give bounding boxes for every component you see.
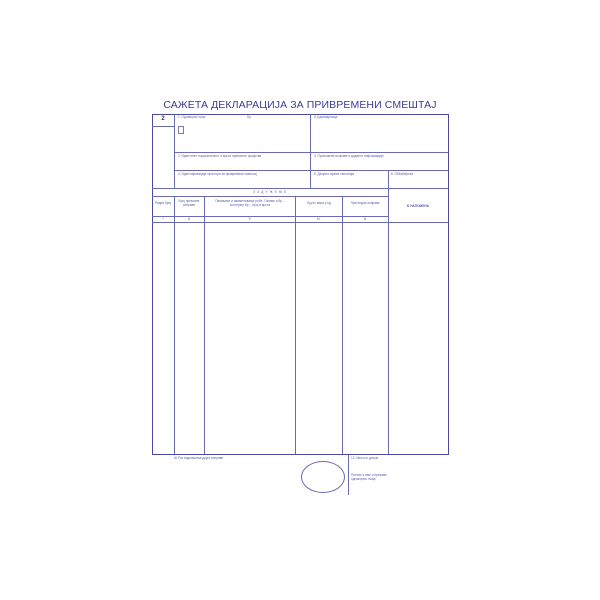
field-responsible-person: 1. Одговорно лице	[178, 116, 206, 120]
frame-right	[448, 114, 449, 454]
column-header-previous-doc: Претходна исправа	[346, 201, 384, 205]
mid-divider	[310, 114, 311, 188]
responsible-person-checkbox[interactable]	[178, 126, 184, 134]
frame-left	[152, 114, 153, 454]
column-header-serial: Редни број	[152, 201, 174, 205]
col-divider-3	[295, 196, 296, 454]
field-attached-documents: 3. Приложене исправе и додатне информаци…	[314, 155, 384, 159]
col-divider-4	[342, 196, 343, 454]
field-approval: 6. Обезбеђење	[391, 173, 413, 177]
row2-divider	[174, 170, 448, 171]
row1-divider	[174, 152, 448, 153]
section-heading: З А Д У Ж Е Њ Е	[152, 190, 388, 194]
form-title: САЖЕТА ДЕКЛАРАЦИЈА ЗА ПРИВРЕМЕНИ СМЕШТАЈ	[150, 99, 450, 111]
column-number-11: 11	[342, 217, 388, 221]
remarks-divider	[388, 170, 389, 454]
remarks-label: Б НАПОМЕНА	[388, 204, 448, 208]
column-header-transport-doc: Број превозне исправе	[176, 199, 202, 207]
column-number-8: 8	[174, 217, 204, 221]
place-and-date: 12. Место и датум	[351, 457, 378, 461]
form-number: 2	[152, 116, 174, 122]
column-number-divider	[152, 222, 448, 223]
column-number-7: 7	[152, 217, 174, 221]
frame-bottom	[152, 454, 449, 455]
column-header-gross-mass: Бруто маса у kg	[300, 201, 338, 205]
signature-divider	[348, 455, 349, 495]
col-divider-1	[174, 196, 175, 454]
left-column-divider	[174, 114, 175, 188]
other-documents-deadline: Ш Рок подношења друге исправе	[174, 457, 223, 461]
field-transport-identity: 2. Идентитет, националност и врста прево…	[178, 155, 261, 159]
signature-label: Потпис и име и презиме одговорног лица	[351, 474, 397, 482]
heading-divider	[152, 196, 388, 197]
stamp-placeholder	[301, 461, 345, 493]
field-number-label: бр.	[247, 116, 251, 120]
column-number-9: 9	[204, 217, 295, 221]
form-number-divider	[152, 126, 174, 127]
field-storage-date-time: 5. Датум и време смештаја	[314, 173, 354, 177]
column-header-packaging: Пакoвање и наименовање робе. Ознаке и бр…	[210, 199, 290, 207]
column-number-10: 10	[295, 217, 342, 221]
row3-divider	[152, 188, 448, 189]
field-storage-identification: 4. Идентификација простора за привремени…	[178, 173, 257, 177]
field-customs-office: А Царинарница	[314, 116, 337, 120]
col-divider-2	[204, 196, 205, 454]
